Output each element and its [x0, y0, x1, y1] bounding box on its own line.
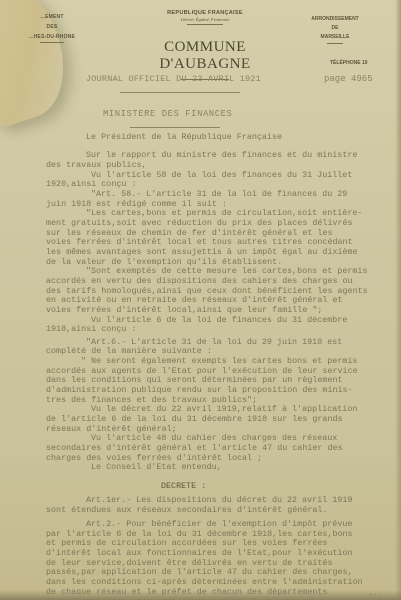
page-edge [395, 0, 401, 600]
text-line: réseaux d'intérêt général; [46, 424, 177, 434]
text-line: des travaux publics, [46, 160, 147, 170]
text-line: de l'article 6 de la loi du 31 décembre … [46, 414, 343, 424]
divider [40, 42, 64, 43]
text-line: dans les conditions qui seront déterminé… [46, 375, 343, 385]
text-line: Art.2.- Pour bénéficier de l'exemption d… [86, 519, 352, 529]
text-line: sont étendues aux réseaux secondaires d'… [46, 505, 327, 515]
text-line: de leur service,doivent être délivrés en… [46, 558, 332, 568]
text-line: passés,par application de l'article 47 d… [46, 567, 353, 577]
letterhead-left-line-1: ...EMENT [22, 12, 82, 22]
text-line: 1918,ainsi conçu : [46, 324, 136, 334]
commune-title: COMMUNE D'AUBAGNE [120, 39, 290, 73]
text-line: d'intérêt local aux fonctionnaires de l'… [46, 548, 353, 558]
section-title: MINISTERE DES FINANCES [103, 109, 232, 119]
text-line: accordés en vertu des dispositions des c… [46, 276, 353, 286]
text-line: charges des voies ferrées d'intérêt loca… [46, 453, 262, 463]
text-line: des tarifs homologués,ainsi que ceux don… [46, 286, 368, 296]
page-shadow [0, 590, 401, 600]
letterhead-center: REPUBLIQUE FRANÇAISE Liberté, Égalité, F… [120, 10, 290, 80]
text-line: ment gratuits,soit avec réduction du pri… [46, 218, 353, 228]
text-line: "Les cartes,bons et permis de circulatio… [86, 208, 362, 218]
text-line: 1920,ainsi conçu : [46, 179, 136, 189]
journal-reference: JOURNAL OFFICIEL DU 23 AVRIL 1921 [86, 74, 261, 84]
text-line: tres des finances et des travaux publics… [46, 395, 257, 405]
text-line: les mêmes avantages sont assujettis à un… [46, 247, 358, 257]
letterhead-right-line-3: MARSEILLE [305, 33, 365, 42]
text-line: de la valeur de l'exemption qu'ils établ… [46, 257, 282, 267]
republic-heading: REPUBLIQUE FRANÇAISE [120, 10, 290, 16]
text-line: DECRETE : [161, 481, 206, 491]
text-line: juin 1918 est rédigé comme il suit : [46, 199, 227, 209]
divider [120, 92, 240, 93]
text-line: Vu le décret du 22 avril 1919,relatif à … [91, 404, 357, 414]
text-line: par l'article 6 de la loi du 31 décembre… [46, 529, 353, 539]
divider [130, 127, 220, 128]
text-line: Sur le rapport du ministre des finances … [86, 150, 357, 160]
text-line: "Art.6.- L'article 31 de la loi du 29 ju… [86, 337, 342, 347]
text-line: "Art. 58.- L'article 31 de la loi de fin… [91, 189, 347, 199]
text-line: voies ferrées d'intérêt local,ainsi que … [46, 305, 322, 315]
text-line: Vu l'article 48 du cahier des charges de… [91, 433, 337, 443]
letterhead-left-line-3: ...HES-DU-RHONE [22, 32, 82, 42]
page-reference: page 4965 [324, 74, 373, 84]
text-line: accordés aux agents de l'Etat pour l'exé… [46, 366, 358, 376]
text-line: "Sont exemptés de cette mesure les carte… [86, 266, 367, 276]
text-line: complété de la manière suivante : [46, 346, 212, 356]
text-line: Le Conseil d'Etat entendu, [91, 462, 222, 472]
telephone-label: TÉLÉPHONE 10 [330, 60, 368, 66]
text-line: voies ferrées d'intérêt local et tous au… [46, 237, 353, 247]
text-line: en activité ou en retraite des réseaux d… [46, 295, 343, 305]
letterhead-right-line-2: DE [305, 24, 365, 33]
text-line: Le Président de la République Française [86, 132, 282, 142]
text-line: dans les conditions ci-après déterminées… [46, 577, 363, 587]
text-line: Art.1er.- Les dispositions du décret du … [86, 495, 352, 505]
text-line: sur les réseaux de chemin de fer d'intér… [46, 228, 332, 238]
text-line: secondaires d'intérêt général et l'artic… [46, 443, 343, 453]
text-line: et permis de circulation accordées sur l… [46, 538, 327, 548]
text-line: " Ne seront également exempts les cartes… [81, 356, 357, 366]
republic-motto: Liberté, Égalité, Fraternité [120, 17, 290, 22]
letterhead-right-line-1: ARRONDISSEMENT [305, 15, 365, 24]
letterhead-left-line-2: DES [22, 22, 82, 32]
text-line: Vu l'article 6 de la loi de finances du … [91, 315, 347, 325]
text-line: Vu l'article 58 de la loi des finances d… [91, 170, 352, 180]
letterhead-department: ...EMENT DES ...HES-DU-RHONE [22, 12, 82, 43]
divider [187, 24, 223, 25]
letterhead-arrondissement: ARRONDISSEMENT DE MARSEILLE [305, 15, 365, 44]
scanned-document-page: ...EMENT DES ...HES-DU-RHONE REPUBLIQUE … [0, 0, 401, 600]
text-line: d'administration publique rendu sur la p… [46, 385, 353, 395]
divider [327, 43, 343, 44]
